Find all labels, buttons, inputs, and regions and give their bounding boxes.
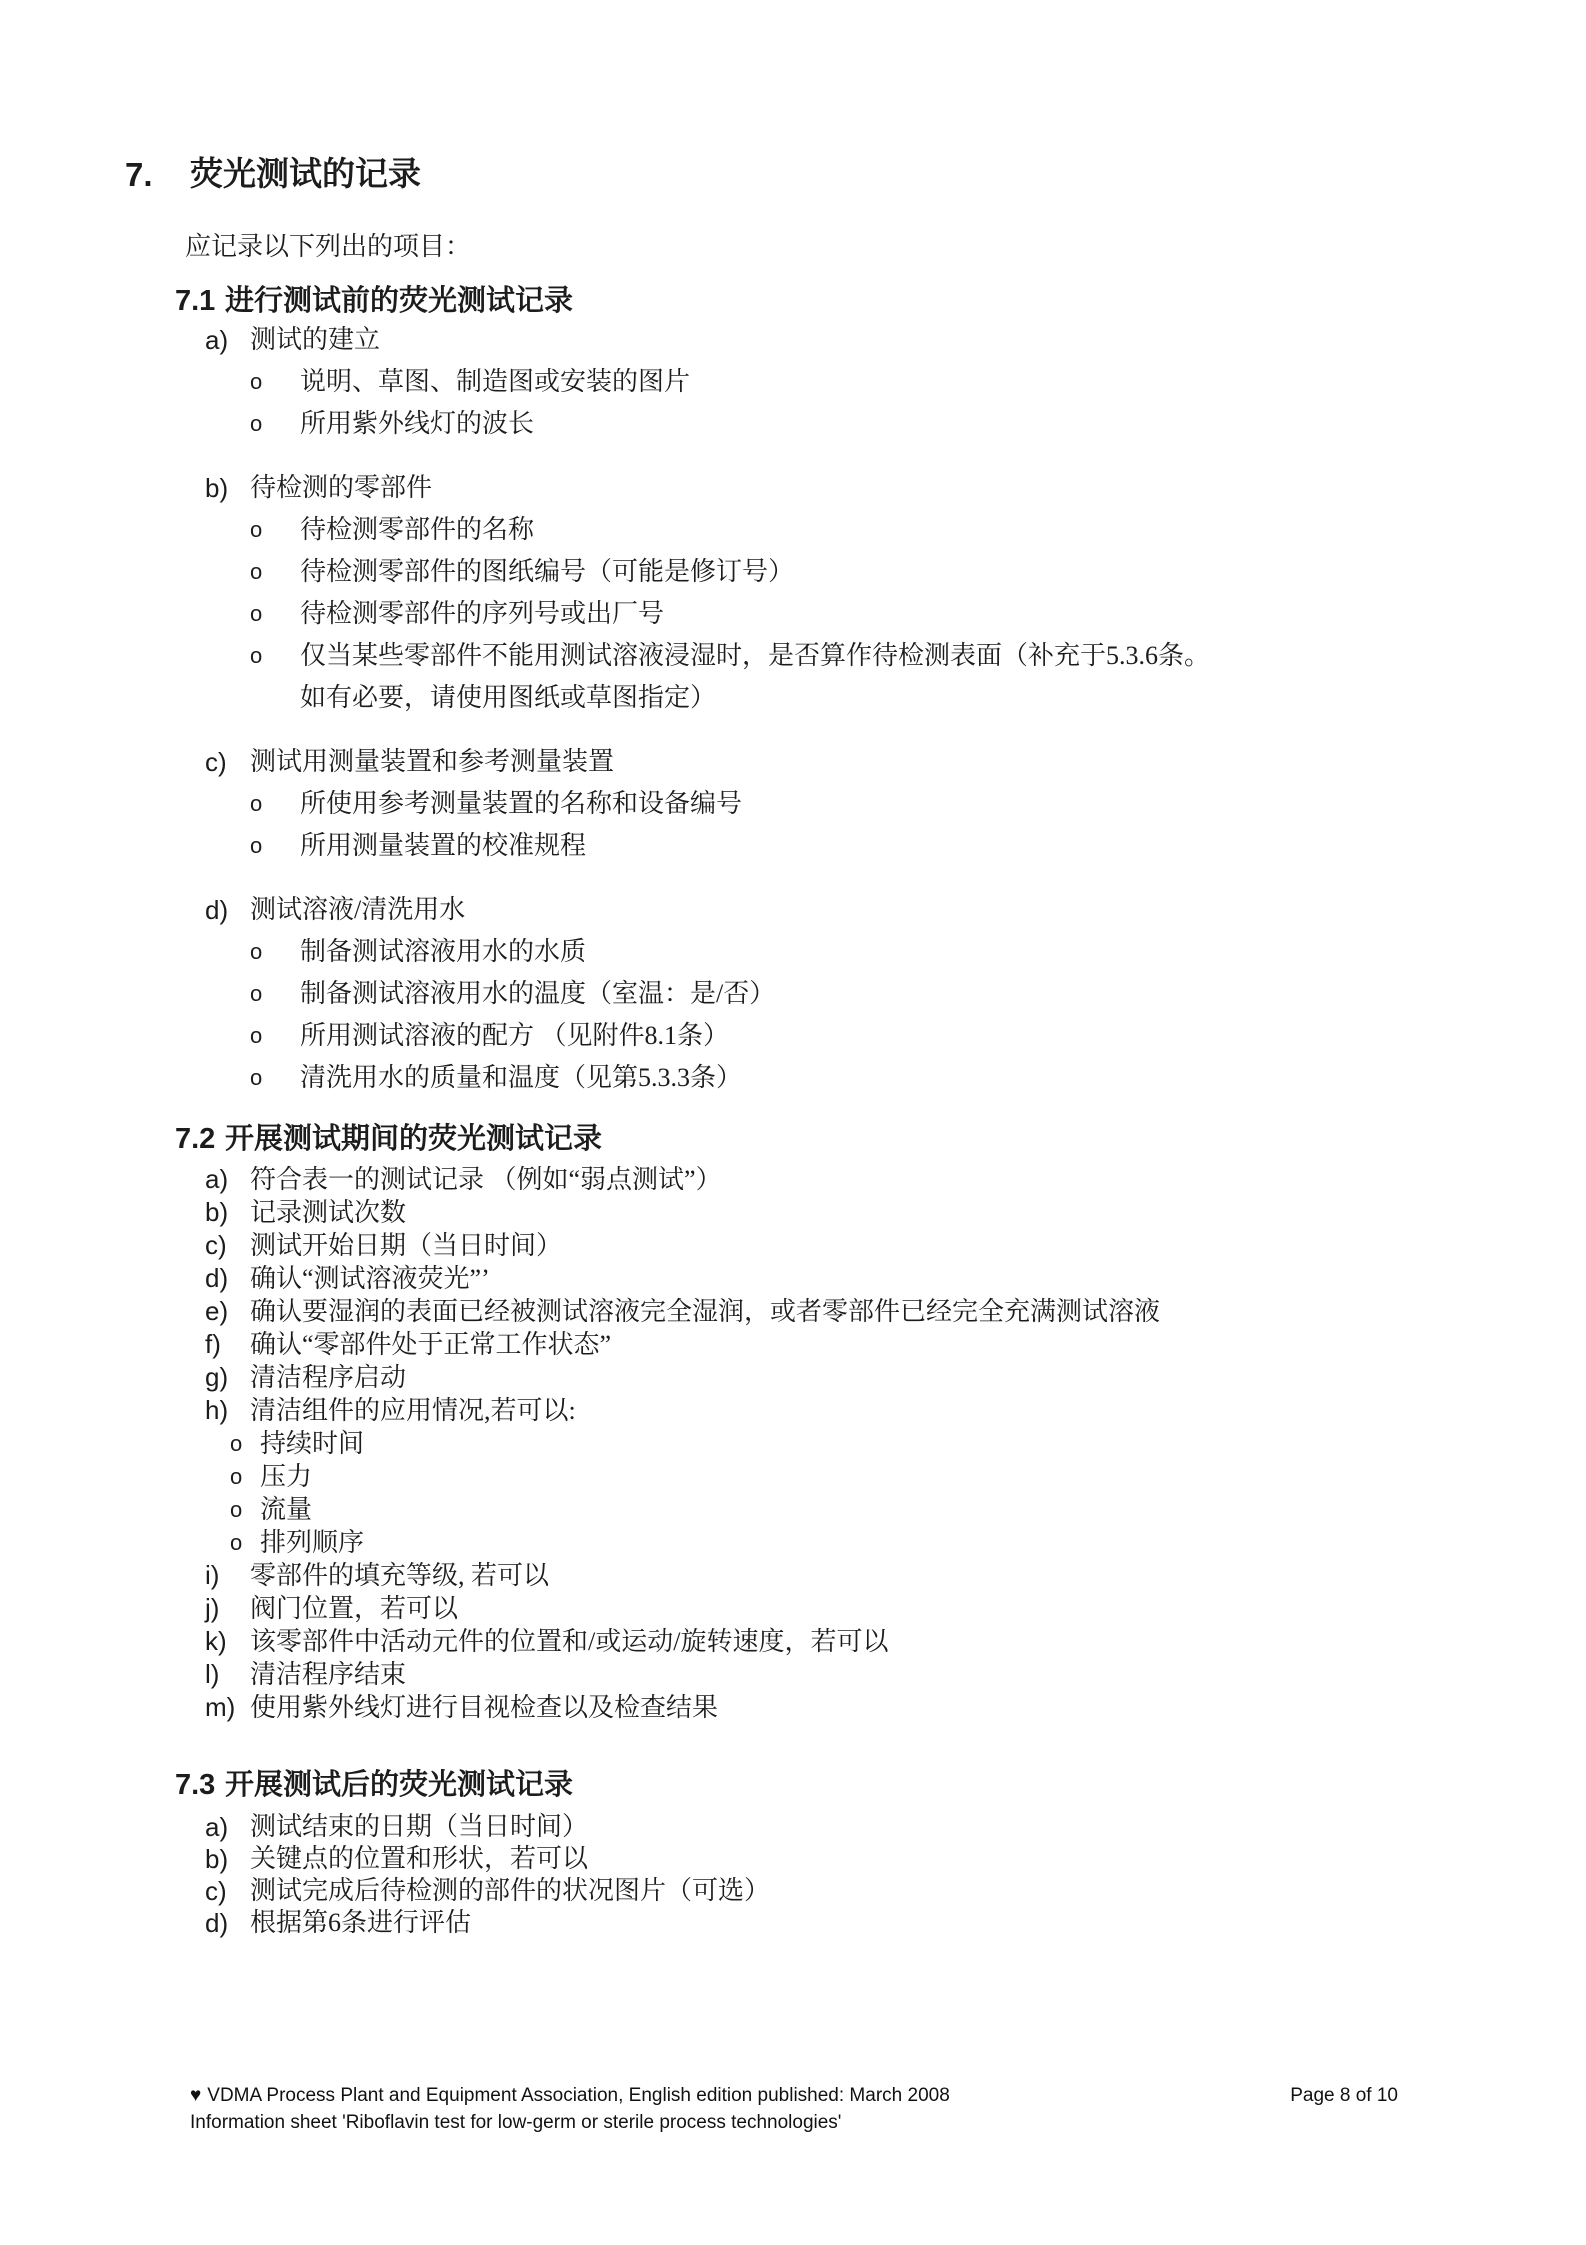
list-item-text: 清洁程序结束	[250, 1658, 406, 1691]
list-item-text: 使用紫外线灯进行目视检查以及检查结果	[250, 1691, 718, 1724]
sub-bullet-text: 压力	[260, 1460, 312, 1493]
list-item: b)关键点的位置和形状，若可以	[205, 1843, 1586, 1875]
list-item-label: f)	[205, 1328, 250, 1361]
list-item-label: a)	[205, 319, 250, 361]
list-item-row: a)符合表一的测试记录 （例如“弱点测试”）	[205, 1163, 1586, 1196]
sub-bullet: o仅当某些零部件不能用测试溶液浸湿时，是否算作待检测表面（补充于5.3.6条。 …	[205, 635, 1586, 719]
list-item-label: d)	[205, 1262, 250, 1295]
sub-bullet: o待检测零部件的名称	[205, 509, 1586, 551]
list-item: f)确认“零部件处于正常工作状态”	[205, 1328, 1586, 1361]
section-items: a)测试结束的日期（当日时间）b)关键点的位置和形状，若可以c)测试完成后待检测…	[205, 1811, 1586, 1939]
heart-icon: ♥	[190, 2085, 201, 2106]
bullet-marker: o	[250, 1057, 300, 1099]
sub-bullet: o流量	[205, 1493, 1586, 1526]
list-item-row: l)清洁程序结束	[205, 1658, 1586, 1691]
list-item-text: 该零部件中活动元件的位置和/或运动/旋转速度，若可以	[250, 1625, 888, 1658]
list-item: i)零部件的填充等级, 若可以	[205, 1559, 1586, 1592]
list-item-row: b)关键点的位置和形状，若可以	[205, 1843, 1586, 1875]
bullet-marker: o	[230, 1460, 260, 1493]
section-7.1: 7.1进行测试前的荧光测试记录a)测试的建立o说明、草图、制造图或安装的图片o所…	[175, 283, 1586, 1099]
list-item: g)清洁程序启动	[205, 1361, 1586, 1394]
list-item: b)待检测的零部件o待检测零部件的名称o待检测零部件的图纸编号（可能是修订号）o…	[205, 467, 1586, 719]
list-item-row: j)阀门位置，若可以	[205, 1592, 1586, 1625]
list-item: d)确认“测试溶液荧光”’	[205, 1262, 1586, 1295]
sub-bullet-text: 流量	[260, 1493, 312, 1526]
section-title: 开展测试后的荧光测试记录	[225, 1767, 573, 1803]
list-item-row: k)该零部件中活动元件的位置和/或运动/旋转速度，若可以	[205, 1625, 1586, 1658]
list-item: d)根据第6条进行评估	[205, 1907, 1586, 1939]
list-item-row: h)清洁组件的应用情况,若可以:	[205, 1394, 1586, 1427]
list-item-text: 符合表一的测试记录 （例如“弱点测试”）	[250, 1163, 722, 1196]
list-item-text: 测试开始日期（当日时间）	[250, 1229, 562, 1262]
sub-bullet: o所使用参考测量装置的名称和设备编号	[205, 783, 1586, 825]
sub-bullet-text: 排列顺序	[260, 1526, 364, 1559]
sub-bullet: o所用测试溶液的配方 （见附件8.1条）	[205, 1015, 1586, 1057]
list-item-row: d)确认“测试溶液荧光”’	[205, 1262, 1586, 1295]
sub-bullet-text: 待检测零部件的名称	[300, 509, 534, 551]
section-number: 7.1	[175, 283, 225, 319]
list-item-row: a)测试的建立	[205, 319, 1586, 361]
bullet-marker: o	[250, 973, 300, 1015]
page-number: Page 8 of 10	[1290, 2082, 1398, 2109]
list-item: h)清洁组件的应用情况,若可以:o持续时间o压力o流量o排列顺序	[205, 1394, 1586, 1559]
list-item: a)测试的建立o说明、草图、制造图或安装的图片o所用紫外线灯的波长	[205, 319, 1586, 445]
list-item-label: g)	[205, 1361, 250, 1394]
bullet-marker: o	[250, 1015, 300, 1057]
bullet-marker: o	[250, 403, 300, 445]
list-item-row: c)测试开始日期（当日时间）	[205, 1229, 1586, 1262]
list-item-text: 测试用测量装置和参考测量装置	[250, 741, 614, 783]
list-item-label: b)	[205, 1196, 250, 1229]
list-item-text: 确认“零部件处于正常工作状态”	[250, 1328, 611, 1361]
sub-bullet: o制备测试溶液用水的水质	[205, 931, 1586, 973]
list-item-text: 待检测的零部件	[250, 467, 432, 509]
sub-bullet: o说明、草图、制造图或安装的图片	[205, 361, 1586, 403]
bullet-marker: o	[250, 361, 300, 403]
list-item-row: b)记录测试次数	[205, 1196, 1586, 1229]
bullet-marker: o	[230, 1526, 260, 1559]
list-item-text: 关键点的位置和形状，若可以	[250, 1843, 588, 1875]
footer-text: ♥VDMA Process Plant and Equipment Associ…	[190, 2082, 950, 2136]
list-item-label: c)	[205, 741, 250, 783]
sub-bullet-text: 所使用参考测量装置的名称和设备编号	[300, 783, 742, 825]
list-item: k)该零部件中活动元件的位置和/或运动/旋转速度，若可以	[205, 1625, 1586, 1658]
list-item-text: 测试结束的日期（当日时间）	[250, 1811, 588, 1843]
list-item-label: l)	[205, 1658, 250, 1691]
list-item: a)符合表一的测试记录 （例如“弱点测试”）	[205, 1163, 1586, 1196]
footer-line-2: Information sheet 'Riboflavin test for l…	[190, 2109, 950, 2136]
sub-bullet-text: 清洗用水的质量和温度（见第5.3.3条）	[300, 1057, 742, 1099]
list-item: j)阀门位置，若可以	[205, 1592, 1586, 1625]
section-number: 7.3	[175, 1767, 225, 1803]
list-item: b)记录测试次数	[205, 1196, 1586, 1229]
section-heading: 7.3开展测试后的荧光测试记录	[175, 1767, 1586, 1803]
bullet-marker: o	[250, 635, 300, 719]
list-item-row: e)确认要湿润的表面已经被测试溶液完全湿润，或者零部件已经完全充满测试溶液	[205, 1295, 1586, 1328]
list-item-text: 清洁程序启动	[250, 1361, 406, 1394]
list-item-row: d)测试溶液/清洗用水	[205, 889, 1586, 931]
sub-bullet: o清洗用水的质量和温度（见第5.3.3条）	[205, 1057, 1586, 1099]
section-heading: 7.1进行测试前的荧光测试记录	[175, 283, 1586, 319]
list-item-label: h)	[205, 1394, 250, 1427]
sub-bullet: o排列顺序	[205, 1526, 1586, 1559]
section-heading: 7.2开展测试期间的荧光测试记录	[175, 1121, 1586, 1157]
sections: 7.1进行测试前的荧光测试记录a)测试的建立o说明、草图、制造图或安装的图片o所…	[0, 283, 1586, 1939]
list-item-text: 测试完成后待检测的部件的状况图片（可选）	[250, 1875, 770, 1907]
sub-bullet-text: 制备测试溶液用水的温度（室温：是/否）	[300, 973, 775, 1015]
list-item-text: 确认要湿润的表面已经被测试溶液完全湿润，或者零部件已经完全充满测试溶液	[250, 1295, 1160, 1328]
bullet-marker: o	[250, 593, 300, 635]
section-7.2: 7.2开展测试期间的荧光测试记录a)符合表一的测试记录 （例如“弱点测试”）b)…	[175, 1121, 1586, 1724]
sub-bullet: o待检测零部件的图纸编号（可能是修订号）	[205, 551, 1586, 593]
list-item: m)使用紫外线灯进行目视检查以及检查结果	[205, 1691, 1586, 1724]
list-item-row: g)清洁程序启动	[205, 1361, 1586, 1394]
section-title: 进行测试前的荧光测试记录	[225, 283, 573, 319]
sub-bullet: o制备测试溶液用水的温度（室温：是/否）	[205, 973, 1586, 1015]
list-item-text: 零部件的填充等级, 若可以	[250, 1559, 549, 1592]
bullet-marker: o	[250, 509, 300, 551]
list-item-label: e)	[205, 1295, 250, 1328]
sub-bullet: o所用紫外线灯的波长	[205, 403, 1586, 445]
list-item-row: b)待检测的零部件	[205, 467, 1586, 509]
list-item: c)测试用测量装置和参考测量装置o所使用参考测量装置的名称和设备编号o所用测量装…	[205, 741, 1586, 867]
list-item-text: 清洁组件的应用情况,若可以:	[250, 1394, 576, 1427]
list-item: d)测试溶液/清洗用水o制备测试溶液用水的水质o制备测试溶液用水的温度（室温：是…	[205, 889, 1586, 1099]
section-number: 7.2	[175, 1121, 225, 1157]
section-items: a)符合表一的测试记录 （例如“弱点测试”）b)记录测试次数c)测试开始日期（当…	[205, 1163, 1586, 1724]
sub-bullet: o所用测量装置的校准规程	[205, 825, 1586, 867]
sub-bullet: o压力	[205, 1460, 1586, 1493]
section-7.3: 7.3开展测试后的荧光测试记录a)测试结束的日期（当日时间）b)关键点的位置和形…	[175, 1767, 1586, 1939]
list-item-row: a)测试结束的日期（当日时间）	[205, 1811, 1586, 1843]
list-item: e)确认要湿润的表面已经被测试溶液完全湿润，或者零部件已经完全充满测试溶液	[205, 1295, 1586, 1328]
list-item-text: 测试的建立	[250, 319, 380, 361]
sub-bullet-text: 所用测试溶液的配方 （见附件8.1条）	[300, 1015, 729, 1057]
bullet-marker: o	[230, 1427, 260, 1460]
list-item-row: f)确认“零部件处于正常工作状态”	[205, 1328, 1586, 1361]
list-item-label: m)	[205, 1691, 250, 1724]
doc-title-text: 荧光测试的记录	[190, 155, 421, 195]
list-item-label: c)	[205, 1875, 250, 1907]
list-item-text: 阀门位置，若可以	[250, 1592, 458, 1625]
sub-bullet: o待检测零部件的序列号或出厂号	[205, 593, 1586, 635]
intro-paragraph: 应记录以下列出的项目：	[185, 231, 1586, 263]
list-item-label: b)	[205, 467, 250, 509]
list-item-row: c)测试完成后待检测的部件的状况图片（可选）	[205, 1875, 1586, 1907]
list-item-label: i)	[205, 1559, 250, 1592]
list-item-text: 测试溶液/清洗用水	[250, 889, 465, 931]
sub-bullet-text: 所用紫外线灯的波长	[300, 403, 534, 445]
section-items: a)测试的建立o说明、草图、制造图或安装的图片o所用紫外线灯的波长b)待检测的零…	[205, 319, 1586, 1099]
bullet-marker: o	[250, 783, 300, 825]
bullet-marker: o	[230, 1493, 260, 1526]
footer-line-1-text: VDMA Process Plant and Equipment Associa…	[207, 2085, 949, 2106]
list-item-row: m)使用紫外线灯进行目视检查以及检查结果	[205, 1691, 1586, 1724]
list-item-label: a)	[205, 1811, 250, 1843]
list-item-label: a)	[205, 1163, 250, 1196]
list-item: c)测试开始日期（当日时间）	[205, 1229, 1586, 1262]
list-item-text: 记录测试次数	[250, 1196, 406, 1229]
sub-bullet-text: 待检测零部件的序列号或出厂号	[300, 593, 664, 635]
sub-bullet: o持续时间	[205, 1427, 1586, 1460]
list-item-text: 根据第6条进行评估	[250, 1907, 471, 1939]
bullet-marker: o	[250, 931, 300, 973]
list-item-label: j)	[205, 1592, 250, 1625]
list-item-label: b)	[205, 1843, 250, 1875]
list-item-label: k)	[205, 1625, 250, 1658]
list-item-row: i)零部件的填充等级, 若可以	[205, 1559, 1586, 1592]
list-item: a)测试结束的日期（当日时间）	[205, 1811, 1586, 1843]
doc-title-number: 7.	[125, 155, 190, 195]
bullet-marker: o	[250, 825, 300, 867]
doc-title: 7. 荧光测试的记录	[125, 0, 1586, 195]
list-item-label: c)	[205, 1229, 250, 1262]
footer-line-1: ♥VDMA Process Plant and Equipment Associ…	[190, 2082, 950, 2109]
section-title: 开展测试期间的荧光测试记录	[225, 1121, 602, 1157]
list-item-row: c)测试用测量装置和参考测量装置	[205, 741, 1586, 783]
bullet-marker: o	[250, 551, 300, 593]
list-item-label: d)	[205, 1907, 250, 1939]
page-footer: ♥VDMA Process Plant and Equipment Associ…	[190, 2082, 1398, 2136]
list-item-text: 确认“测试溶液荧光”’	[250, 1262, 490, 1295]
sub-bullet-text: 说明、草图、制造图或安装的图片	[300, 361, 690, 403]
list-item-row: d)根据第6条进行评估	[205, 1907, 1586, 1939]
list-item: l)清洁程序结束	[205, 1658, 1586, 1691]
sub-bullet-text: 制备测试溶液用水的水质	[300, 931, 586, 973]
sub-bullet-text: 持续时间	[260, 1427, 364, 1460]
sub-bullet-text: 待检测零部件的图纸编号（可能是修订号）	[300, 551, 794, 593]
document-page: 7. 荧光测试的记录 应记录以下列出的项目： 7.1进行测试前的荧光测试记录a)…	[0, 0, 1586, 2245]
sub-bullet-text: 所用测量装置的校准规程	[300, 825, 586, 867]
list-item-label: d)	[205, 889, 250, 931]
sub-bullet-text: 仅当某些零部件不能用测试溶液浸湿时，是否算作待检测表面（补充于5.3.6条。 如…	[300, 635, 1210, 719]
list-item: c)测试完成后待检测的部件的状况图片（可选）	[205, 1875, 1586, 1907]
